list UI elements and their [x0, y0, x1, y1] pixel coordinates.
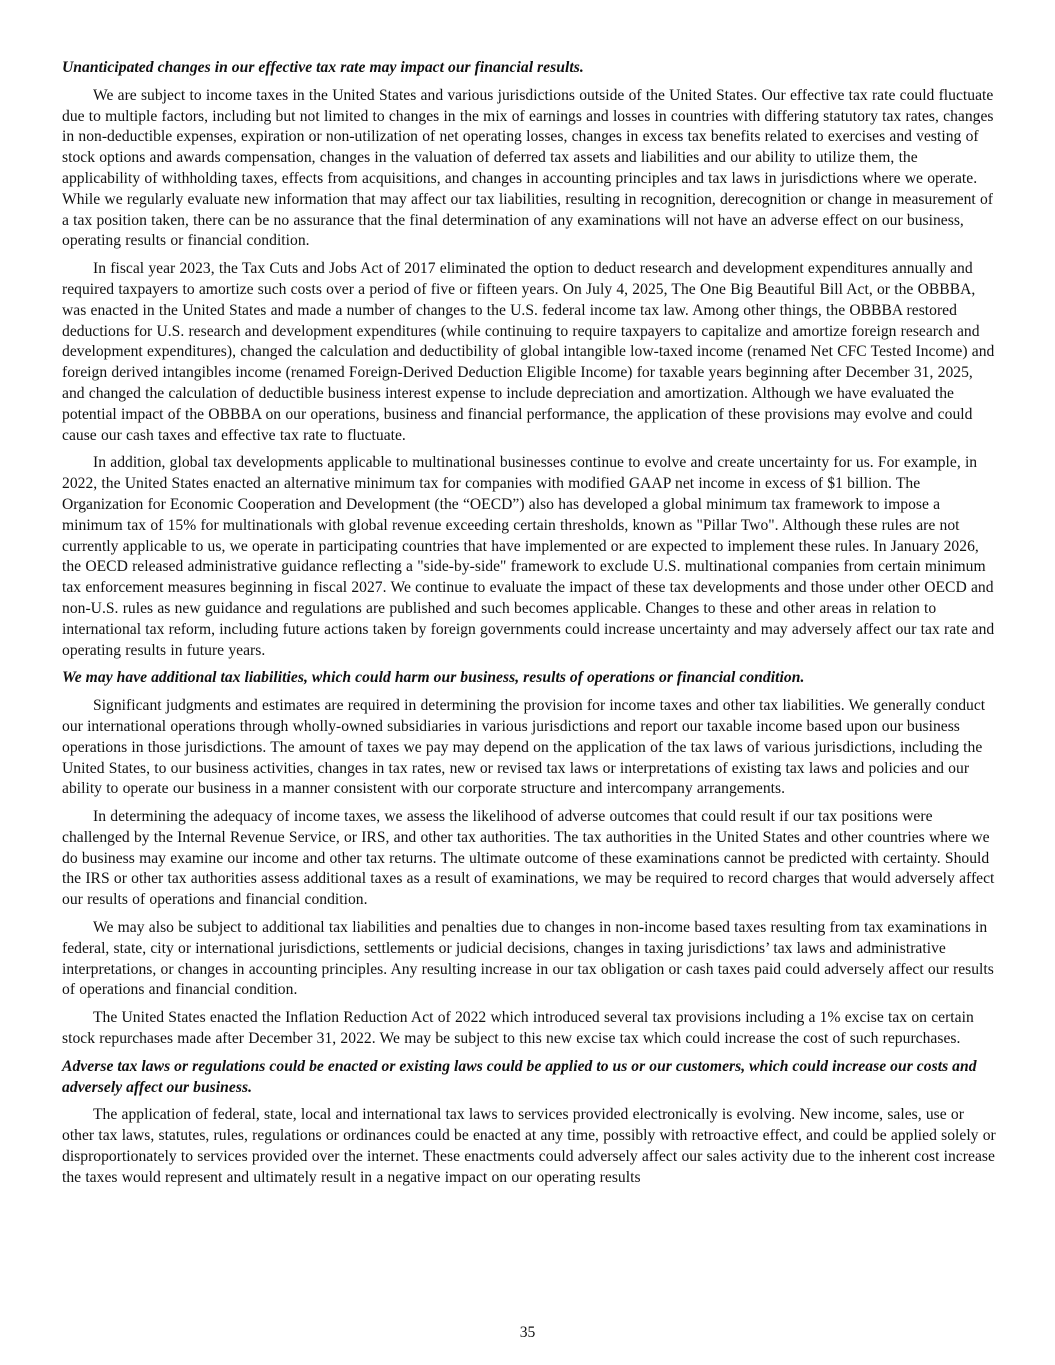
paragraph: The application of federal, state, local…: [62, 1105, 996, 1188]
section-adverse-tax-laws: Adverse tax laws or regulations could be…: [62, 1057, 996, 1189]
section-heading: Adverse tax laws or regulations could be…: [62, 1057, 996, 1099]
paragraph: We may also be subject to additional tax…: [62, 918, 996, 1001]
page-number: 35: [0, 1323, 1055, 1343]
paragraph: Significant judgments and estimates are …: [62, 696, 996, 800]
section-heading: We may have additional tax liabilities, …: [62, 668, 996, 689]
section-effective-tax-rate: Unanticipated changes in our effective t…: [62, 58, 996, 661]
paragraph: We are subject to income taxes in the Un…: [62, 86, 996, 252]
section-additional-tax-liabilities: We may have additional tax liabilities, …: [62, 668, 996, 1050]
paragraph: In addition, global tax developments app…: [62, 453, 996, 661]
paragraph: In fiscal year 2023, the Tax Cuts and Jo…: [62, 259, 996, 446]
section-heading: Unanticipated changes in our effective t…: [62, 58, 996, 79]
paragraph: In determining the adequacy of income ta…: [62, 807, 996, 911]
paragraph: The United States enacted the Inflation …: [62, 1008, 996, 1050]
document-page: Unanticipated changes in our effective t…: [62, 58, 996, 1196]
